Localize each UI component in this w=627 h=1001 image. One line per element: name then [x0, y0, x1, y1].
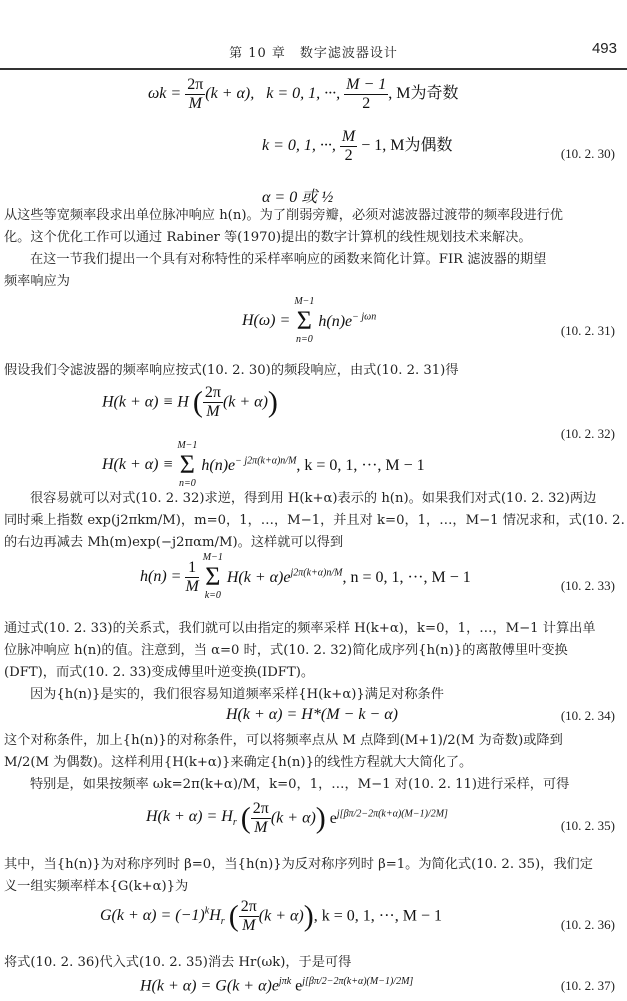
- fraction: M − 12: [344, 76, 388, 113]
- eq-token: ωk =: [148, 85, 181, 102]
- paragraph-line: 频率响应为: [4, 271, 70, 293]
- paragraph-line: 位脉冲响应 h(n)的值。注意到，当 α=0 时，式(10. 2. 32)简化成…: [4, 640, 568, 662]
- paragraph-line: 在这一节我们提出一个具有对称特性的采样率响应的函数来简化计算。FIR 滤波器的期…: [30, 249, 546, 271]
- eq-token: − 1, M为偶数: [361, 137, 452, 154]
- equation-10-2-32-line2: H(k + α) ≡ M−1Σn=0 h(n)e− j2π(k+α)n/M, k…: [102, 440, 425, 490]
- eq-token: k = 0, 1, ···,: [266, 85, 340, 102]
- paragraph-line: 假设我们令滤波器的频率响应按式(10. 2. 30)的频段响应，由式(10. 2…: [4, 360, 459, 382]
- paragraph-line: 其中，当{h(n)}为对称序列时 β=0，当{h(n)}为反对称序列时 β=1。…: [4, 854, 593, 876]
- header-rule: [0, 68, 627, 70]
- equation-number-10-2-35: (10. 2. 35): [561, 818, 615, 834]
- paragraph-line: 将式(10. 2. 36)代入式(10. 2. 35)消去 Hr(ωk)，于是可…: [4, 952, 351, 974]
- paragraph-line: M/2(M 为偶数)。这样利用{H(k+α)}来确定{h(n)}的线性方程就大大…: [4, 752, 472, 774]
- paragraph-line: 因为{h(n)}是实的，我们很容易知道频率采样{H(k+α)}满足对称条件: [30, 684, 444, 706]
- eq-token: k = 0, 1, ···,: [262, 137, 336, 154]
- equation-10-2-34: H(k + α) = H*(M − k − α): [226, 706, 398, 724]
- paragraph-line: 的右边再减去 Mh(m)exp(−j2παm/M)。这样就可以得到: [4, 532, 343, 554]
- equation-10-2-35: H(k + α) = Hr (2πM(k + α)) ej[βπ/2−2π(k+…: [146, 800, 448, 837]
- summation: M−1Σn=0: [294, 296, 314, 346]
- paragraph-line: 通过式(10. 2. 33)的关系式，我们就可以由指定的频率采样 H(k+α)，…: [4, 618, 596, 640]
- chapter-title: 第 10 章 数字滤波器设计: [0, 42, 627, 61]
- equation-number-10-2-37: (10. 2. 37): [561, 978, 615, 994]
- paragraph-line: 同时乘上指数 exp(j2πkm/M)，m=0，1，…，M−1，并且对 k=0，…: [4, 510, 627, 532]
- equation-10-2-30-line2: k = 0, 1, ···, M2 − 1, M为偶数: [262, 128, 453, 165]
- equation-number-10-2-33: (10. 2. 33): [561, 578, 615, 594]
- equation-number-10-2-30: (10. 2. 30): [561, 146, 615, 162]
- equation-10-2-32-line1: H(k + α) ≡ H (2πM(k + α)): [102, 384, 278, 421]
- equation-number-10-2-34: (10. 2. 34): [561, 708, 615, 724]
- page-number: 493: [592, 40, 617, 57]
- equation-number-10-2-32: (10. 2. 32): [561, 426, 615, 442]
- equation-number-10-2-31: (10. 2. 31): [561, 323, 615, 339]
- fraction: M2: [340, 128, 357, 165]
- equation-10-2-36: G(k + α) = (−1)kHr (2πM(k + α)), k = 0, …: [100, 898, 442, 935]
- fraction: 2πM: [185, 76, 205, 113]
- equation-10-2-30-line3: α = 0 或 ½: [262, 184, 333, 207]
- paragraph-line: 特别是，如果按频率 ωk=2π(k+α)/M，k=0，1，…，M−1 对(10.…: [30, 774, 569, 796]
- eq-token: (k + α),: [205, 85, 254, 102]
- equation-10-2-30-line1: ωk = 2πM(k + α), k = 0, 1, ···, M − 12, …: [148, 76, 459, 113]
- eq-token: , M为奇数: [388, 85, 458, 102]
- equation-10-2-33: h(n) = 1M M−1Σk=0 H(k + α)ej2π(k+α)n/M, …: [140, 552, 471, 602]
- paragraph-line: 化。这个优化工作可以通过 Rabiner 等(1970)提出的数字计算机的线性规…: [4, 227, 532, 249]
- paragraph-line: 这个对称条件，加上{h(n)}的对称条件，可以将频率点从 M 点降到(M+1)/…: [4, 730, 563, 752]
- equation-10-2-37: H(k + α) = G(k + α)ejπk ej[βπ/2−2π(k+α)(…: [140, 976, 413, 995]
- paragraph-line: 很容易就可以对式(10. 2. 32)求逆，得到用 H(k+α)表示的 h(n)…: [30, 488, 596, 510]
- paragraph-line: (DFT)，而式(10. 2. 33)变成傅里叶逆变换(IDFT)。: [4, 662, 314, 684]
- equation-number-10-2-36: (10. 2. 36): [561, 917, 615, 933]
- equation-10-2-31: H(ω) = M−1Σn=0 h(n)e− jωn: [242, 296, 376, 346]
- paragraph-line: 从这些等宽频率段求出单位脉冲响应 h(n)。为了削弱旁瓣，必须对滤波器过渡带的频…: [4, 205, 563, 227]
- paragraph-line: 义一组实频率样本{G(k+α)}为: [4, 876, 188, 898]
